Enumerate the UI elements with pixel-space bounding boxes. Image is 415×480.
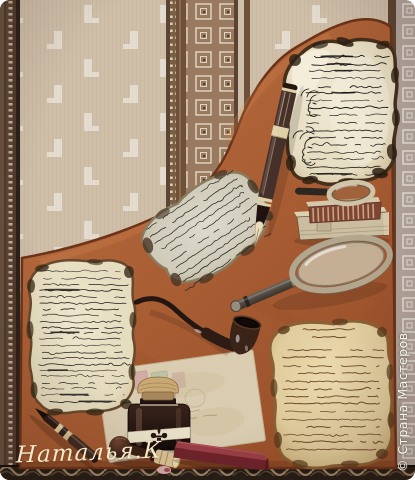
- magnifier-small-handle: [295, 188, 331, 196]
- letter-bottom-right: [270, 319, 394, 470]
- author-watermark: Наталья.К: [16, 437, 163, 468]
- door-frame: [0, 0, 20, 480]
- letter-bottom-right-paper: [270, 321, 392, 468]
- manuscript-left: [27, 258, 137, 416]
- site-watermark: © Страна Мастеров: [395, 180, 411, 472]
- scene-svg: [0, 0, 415, 480]
- photo-decoupage-artwork: Наталья.К © Страна Мастеров: [0, 0, 415, 480]
- manuscript-left-paper: [29, 260, 135, 413]
